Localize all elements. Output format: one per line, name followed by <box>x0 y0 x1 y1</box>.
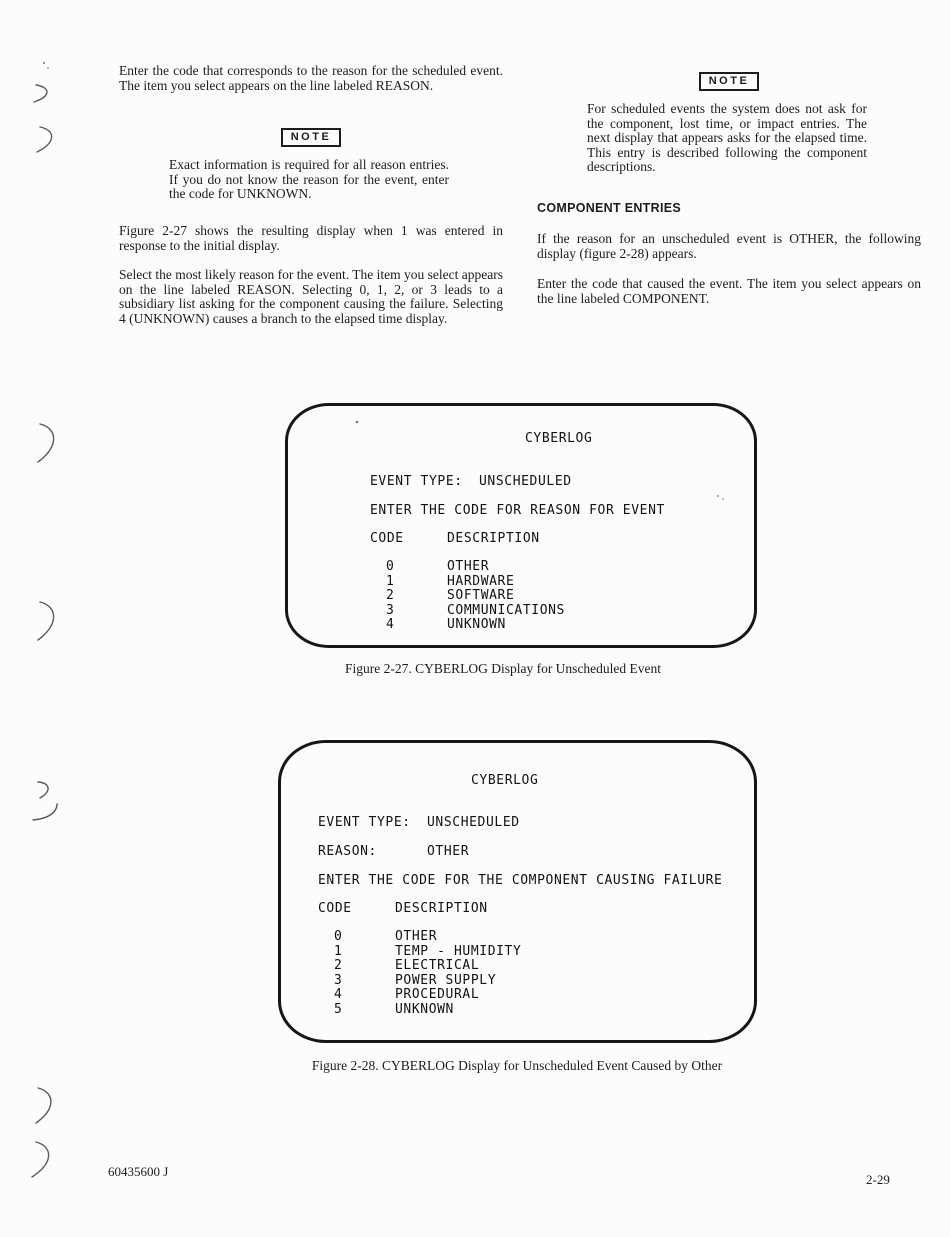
terminal-title: CYBERLOG <box>471 773 538 788</box>
event-type-line: EVENT TYPE:UNSCHEDULED <box>370 474 572 489</box>
code-value: 3 <box>370 604 447 619</box>
event-type-line: EVENT TYPE:UNSCHEDULED <box>318 815 520 830</box>
event-type-label: EVENT TYPE: <box>370 474 479 489</box>
description-value: HARDWARE <box>447 574 514 589</box>
code-row: 4PROCEDURAL <box>318 988 521 1003</box>
note-box-container: NOTE <box>119 127 503 147</box>
code-row: 2ELECTRICAL <box>318 959 521 974</box>
code-value: 0 <box>318 930 395 945</box>
code-value: 2 <box>318 959 395 974</box>
code-row: 4UNKNOWN <box>370 618 565 633</box>
code-row: 5UNKNOWN <box>318 1003 521 1018</box>
note-box-container: NOTE <box>537 71 921 91</box>
code-row: 2SOFTWARE <box>370 589 565 604</box>
terminal-prompt: ENTER THE CODE FOR THE COMPONENT CAUSING… <box>318 873 722 888</box>
paragraph-if-reason-unscheduled: If the reason for an unscheduled event i… <box>537 232 921 261</box>
description-column-header: DESCRIPTION <box>395 901 488 916</box>
figure-2-28-terminal-display: CYBERLOG EVENT TYPE:UNSCHEDULED REASON:O… <box>278 740 757 1043</box>
paragraph-figure-2-27-shows: Figure 2-27 shows the resulting display … <box>119 224 503 253</box>
code-row: 3POWER SUPPLY <box>318 974 521 989</box>
scan-mark <box>32 1142 49 1177</box>
code-value: 3 <box>318 974 395 989</box>
paragraph-enter-code-caused: Enter the code that caused the event. Th… <box>537 277 921 306</box>
code-value: 1 <box>370 575 447 590</box>
right-column: NOTE For scheduled events the system doe… <box>537 64 921 306</box>
scan-mark <box>34 85 47 102</box>
note-label: NOTE <box>281 128 342 147</box>
description-value: POWER SUPPLY <box>395 973 496 988</box>
terminal-title: CYBERLOG <box>525 431 592 446</box>
description-value: PROCEDURAL <box>395 987 479 1002</box>
figure-2-27-caption: Figure 2-27. CYBERLOG Display for Unsche… <box>213 661 793 677</box>
description-column-header: DESCRIPTION <box>447 531 540 546</box>
code-column-header: CODE <box>370 531 447 546</box>
terminal-prompt: ENTER THE CODE FOR REASON FOR EVENT <box>370 503 665 518</box>
description-value: UNKNOWN <box>395 1002 454 1017</box>
code-row: 0OTHER <box>370 560 565 575</box>
figure-2-27-terminal-display: CYBERLOG EVENT TYPE:UNSCHEDULED ENTER TH… <box>285 403 757 648</box>
table-header: CODEDESCRIPTION <box>370 531 540 546</box>
code-value: 2 <box>370 589 447 604</box>
note-paragraph-scheduled-events: For scheduled events the system does not… <box>587 102 867 175</box>
description-value: OTHER <box>447 559 489 574</box>
description-value: OTHER <box>395 929 437 944</box>
document-number: 60435600 J <box>108 1164 168 1180</box>
code-value: 4 <box>318 988 395 1003</box>
scan-mark <box>37 127 52 152</box>
scan-mark <box>38 602 54 640</box>
code-row: 1TEMP - HUMIDITY <box>318 945 521 960</box>
scan-speckle <box>47 67 49 69</box>
event-type-value: UNSCHEDULED <box>479 474 572 489</box>
code-row: 1HARDWARE <box>370 575 565 590</box>
document-page: Enter the code that corresponds to the r… <box>0 0 950 1237</box>
code-row: 0OTHER <box>318 930 521 945</box>
event-type-value: UNSCHEDULED <box>427 815 520 830</box>
table-header: CODEDESCRIPTION <box>318 901 488 916</box>
description-value: TEMP - HUMIDITY <box>395 944 521 959</box>
event-type-label: EVENT TYPE: <box>318 815 427 830</box>
note-paragraph-exact-information: Exact information is required for all re… <box>169 158 449 202</box>
reason-label: REASON: <box>318 844 427 859</box>
scan-speckle <box>43 62 45 64</box>
reason-value: OTHER <box>427 844 469 859</box>
code-value: 4 <box>370 618 447 633</box>
scan-mark <box>36 1088 51 1123</box>
code-column-header: CODE <box>318 901 395 916</box>
paragraph-select-most-likely: Select the most likely reason for the ev… <box>119 268 503 326</box>
code-value: 1 <box>318 945 395 960</box>
reason-line: REASON:OTHER <box>318 844 469 859</box>
note-label: NOTE <box>699 72 760 91</box>
description-value: UNKNOWN <box>447 617 506 632</box>
description-value: SOFTWARE <box>447 588 514 603</box>
description-value: ELECTRICAL <box>395 958 479 973</box>
page-number: 2-29 <box>866 1172 890 1188</box>
left-column: Enter the code that corresponds to the r… <box>119 64 503 327</box>
scan-mark <box>38 782 48 798</box>
code-value: 5 <box>318 1003 395 1018</box>
code-value: 0 <box>370 560 447 575</box>
code-row: 3COMMUNICATIONS <box>370 604 565 619</box>
code-list: 0OTHER 1HARDWARE 2SOFTWARE 3COMMUNICATIO… <box>370 560 565 633</box>
code-list: 0OTHER 1TEMP - HUMIDITY 2ELECTRICAL 3POW… <box>318 930 521 1018</box>
figure-2-28-caption: Figure 2-28. CYBERLOG Display for Unsche… <box>227 1058 807 1074</box>
scan-mark <box>38 424 54 462</box>
scan-mark <box>33 804 57 820</box>
section-heading-component-entries: COMPONENT ENTRIES <box>537 201 921 215</box>
description-value: COMMUNICATIONS <box>447 603 565 618</box>
paragraph-enter-code-reason: Enter the code that corresponds to the r… <box>119 64 503 93</box>
